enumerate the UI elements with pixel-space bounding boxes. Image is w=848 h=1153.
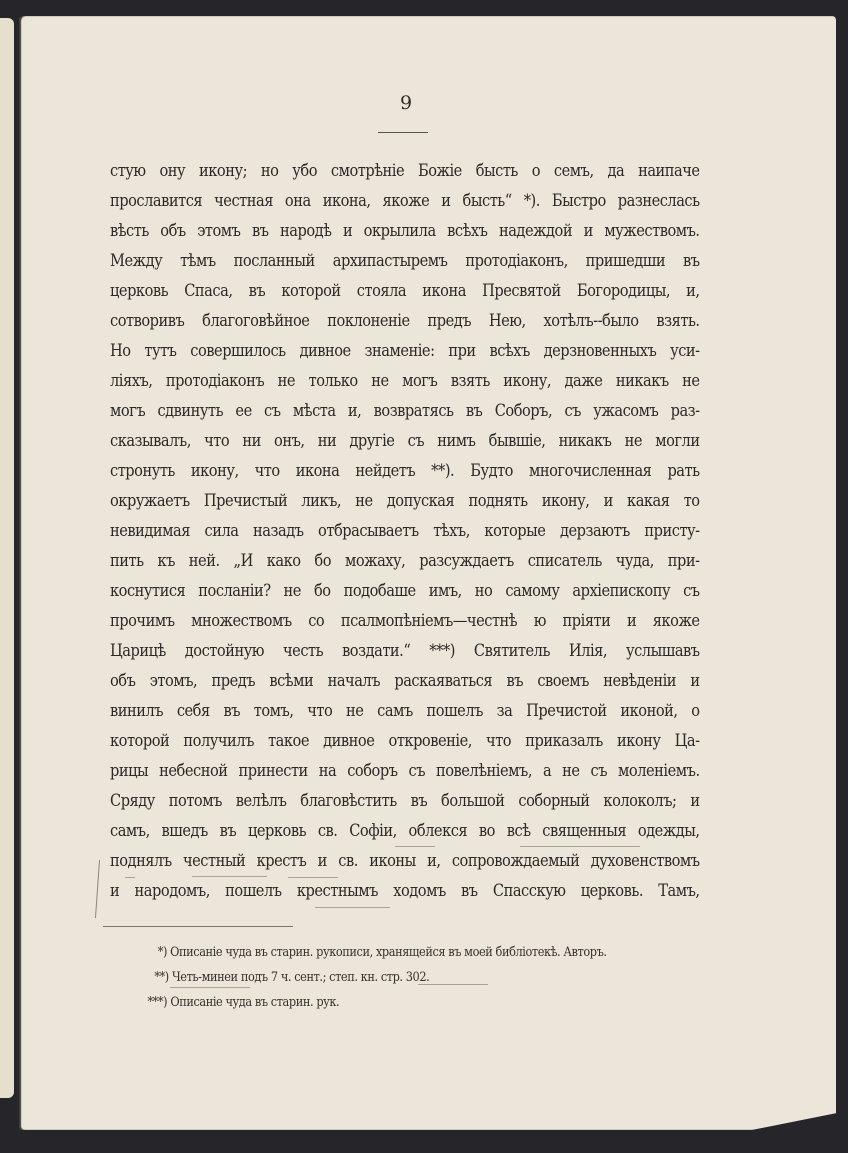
pencil-underline [288,877,338,878]
pencil-underline [192,876,267,877]
footnotes: *) Описаніе чуда въ старин. рукописи, хр… [144,942,684,1017]
text-line: вѣсть объ этомъ въ народѣ и окрылила всѣ… [110,216,700,246]
text-line: самъ, вшедъ въ церковь св. Софіи, облекс… [110,816,700,846]
pencil-underline [395,846,435,847]
page-number: 9 [384,92,428,114]
text-line: объ этомъ, предъ всѣми началъ раскаявать… [110,666,700,696]
text-line: Между тѣмъ посланный архипастыремъ прото… [110,246,700,276]
text-line: стронуть икону, что икона нейдетъ **). Б… [110,456,700,486]
text-line: ліяхъ, протодіаконъ не только не могъ вз… [110,366,700,396]
text-line: пить къ ней. „И како бо можаху, разсужда… [110,546,700,576]
text-line: сотворивъ благоговѣйное поклоненіе предъ… [110,306,700,336]
text-line: сказывалъ, что ни онъ, ни другіе съ нимъ… [110,426,700,456]
pencil-underline [315,907,390,908]
pencil-underline [520,846,640,847]
pencil-underline [418,984,488,985]
text-line: которой получилъ такое дивное откровеніе… [110,726,700,756]
pencil-underline [125,877,135,878]
text-line: прочимъ множествомъ со псалмопѣніемъ—чес… [110,606,700,636]
text-line: прославится честная она икона, якоже и б… [110,186,700,216]
text-line: винилъ себя въ томъ, что не самъ пошелъ … [110,696,700,726]
text-line: окружаетъ Пречистый ликъ, не допуская по… [110,486,700,516]
text-line: Царицѣ достойную честь воздати.“ ***) Св… [110,636,700,666]
text-line: рицы небесной принести на соборъ съ пове… [110,756,700,786]
text-line: Но тутъ совершилось дивное знаменіе: при… [110,336,700,366]
text-line: могъ сдвинуть ее съ мѣста и, возвратясь … [110,396,700,426]
text-line: поднялъ честный крестъ и св. иконы и, со… [110,846,700,876]
footnote-separator [103,926,293,927]
footnote-2: **) Четь-минеи подъ 7 ч. сент.; степ. кн… [144,967,608,992]
text-line: невидимая сила назадъ отбрасываетъ тѣхъ,… [110,516,700,546]
text-line: коснутися посланіи? не бо подобаше имъ, … [110,576,700,606]
previous-page-edge [0,18,14,1098]
body-text: стую ону икону; но убо смотрѣніе Божіе б… [110,156,700,906]
text-line: и народомъ, пошелъ крестнымъ ходомъ въ С… [110,876,700,906]
pencil-underline [170,987,250,988]
text-line: Сряду потомъ велѣлъ благовѣстить въ боль… [110,786,700,816]
text-line: стую ону икону; но убо смотрѣніе Божіе б… [110,156,700,186]
text-line: церковь Спаса, въ которой стояла икона П… [110,276,700,306]
page-number-underline [378,132,428,133]
footnote-3: ***) Описаніе чуда въ старин. рук. [144,992,608,1017]
footnote-1: *) Описаніе чуда въ старин. рукописи, хр… [144,942,608,967]
